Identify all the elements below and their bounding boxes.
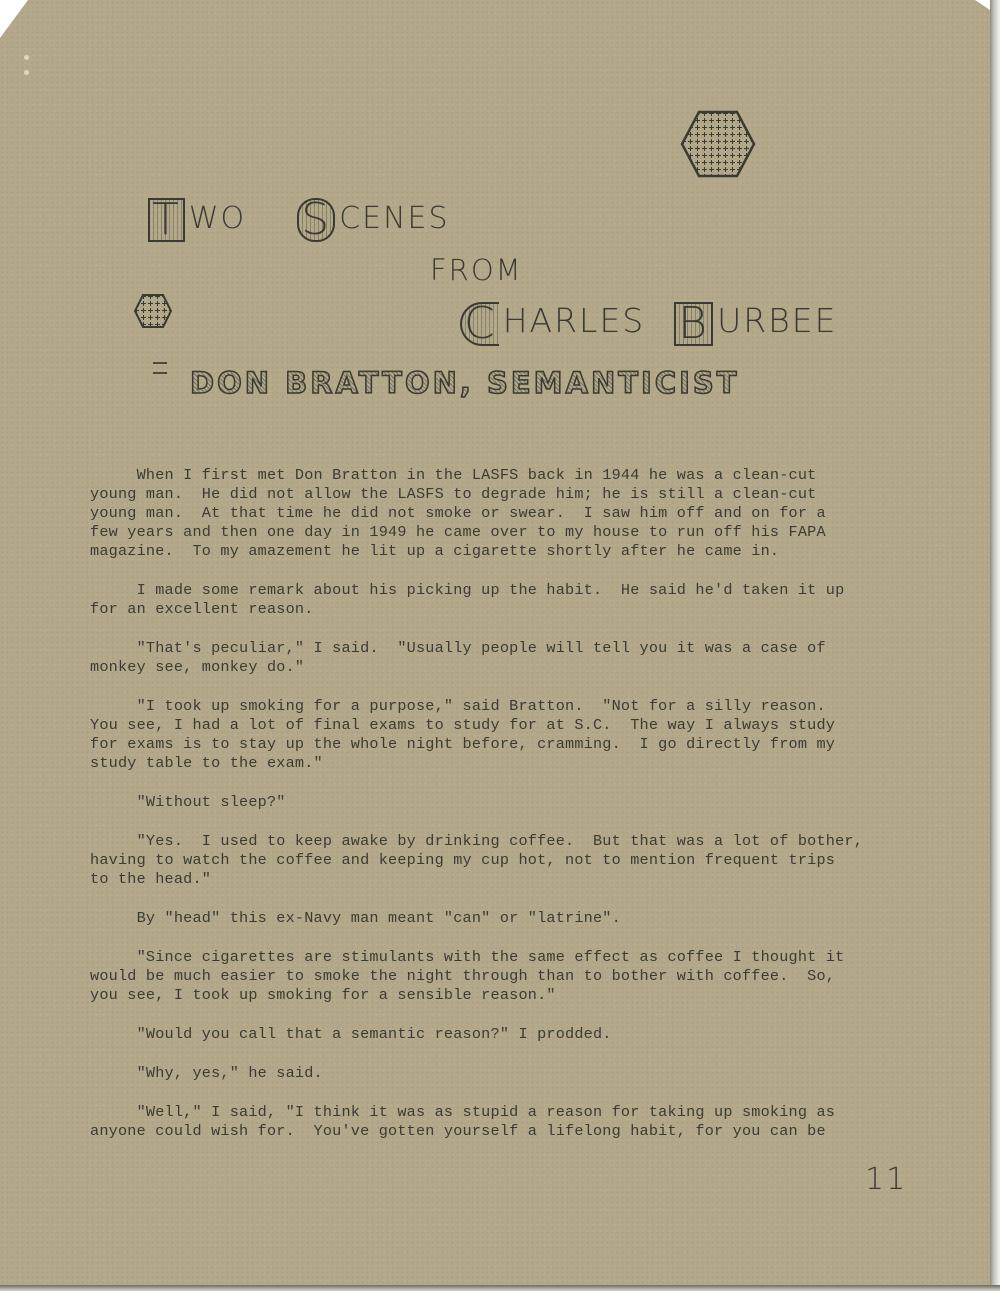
paragraph: "Would you call that a semantic reason?"… bbox=[90, 1025, 920, 1044]
title-initial: S bbox=[297, 198, 335, 242]
title-line-1: TWO SCENES bbox=[148, 198, 450, 242]
dash-mark bbox=[153, 362, 167, 374]
staple-hole bbox=[24, 70, 29, 75]
title-initial: B bbox=[674, 302, 713, 346]
page-edge-right bbox=[990, 0, 1000, 1291]
document-page: TWO SCENES FROM CHARLES BURBEE DON BRATT… bbox=[0, 0, 990, 1285]
title-initial: C bbox=[460, 302, 499, 346]
title-line-3: CHARLES BURBEE bbox=[460, 302, 837, 346]
paragraph: I made some remark about his picking up … bbox=[90, 581, 920, 619]
paragraph: "I took up smoking for a purpose," said … bbox=[90, 697, 920, 773]
subtitle: DON BRATTON, SEMANTICIST bbox=[190, 366, 740, 400]
paragraph: "Yes. I used to keep awake by drinking c… bbox=[90, 832, 920, 889]
paragraph: "That's peculiar," I said. "Usually peop… bbox=[90, 639, 920, 677]
title-line-2: FROM bbox=[430, 256, 523, 285]
title-initial: T bbox=[148, 198, 185, 242]
paragraph: When I first met Don Bratton in the LASF… bbox=[90, 466, 920, 561]
hexagon-large-icon bbox=[680, 110, 756, 178]
page-number: 11 bbox=[865, 1162, 907, 1197]
page-edge-bottom bbox=[0, 1285, 1000, 1291]
article-body: When I first met Don Bratton in the LASF… bbox=[90, 466, 920, 1161]
paragraph: "Well," I said, "I think it was as stupi… bbox=[90, 1103, 920, 1141]
paragraph: "Why, yes," he said. bbox=[90, 1064, 920, 1083]
paragraph: By "head" this ex-Navy man meant "can" o… bbox=[90, 909, 920, 928]
paragraph: "Without sleep?" bbox=[90, 793, 920, 812]
staple-hole bbox=[24, 55, 29, 60]
paragraph: "Since cigarettes are stimulants with th… bbox=[90, 948, 920, 1005]
hexagon-small-icon bbox=[133, 293, 173, 329]
